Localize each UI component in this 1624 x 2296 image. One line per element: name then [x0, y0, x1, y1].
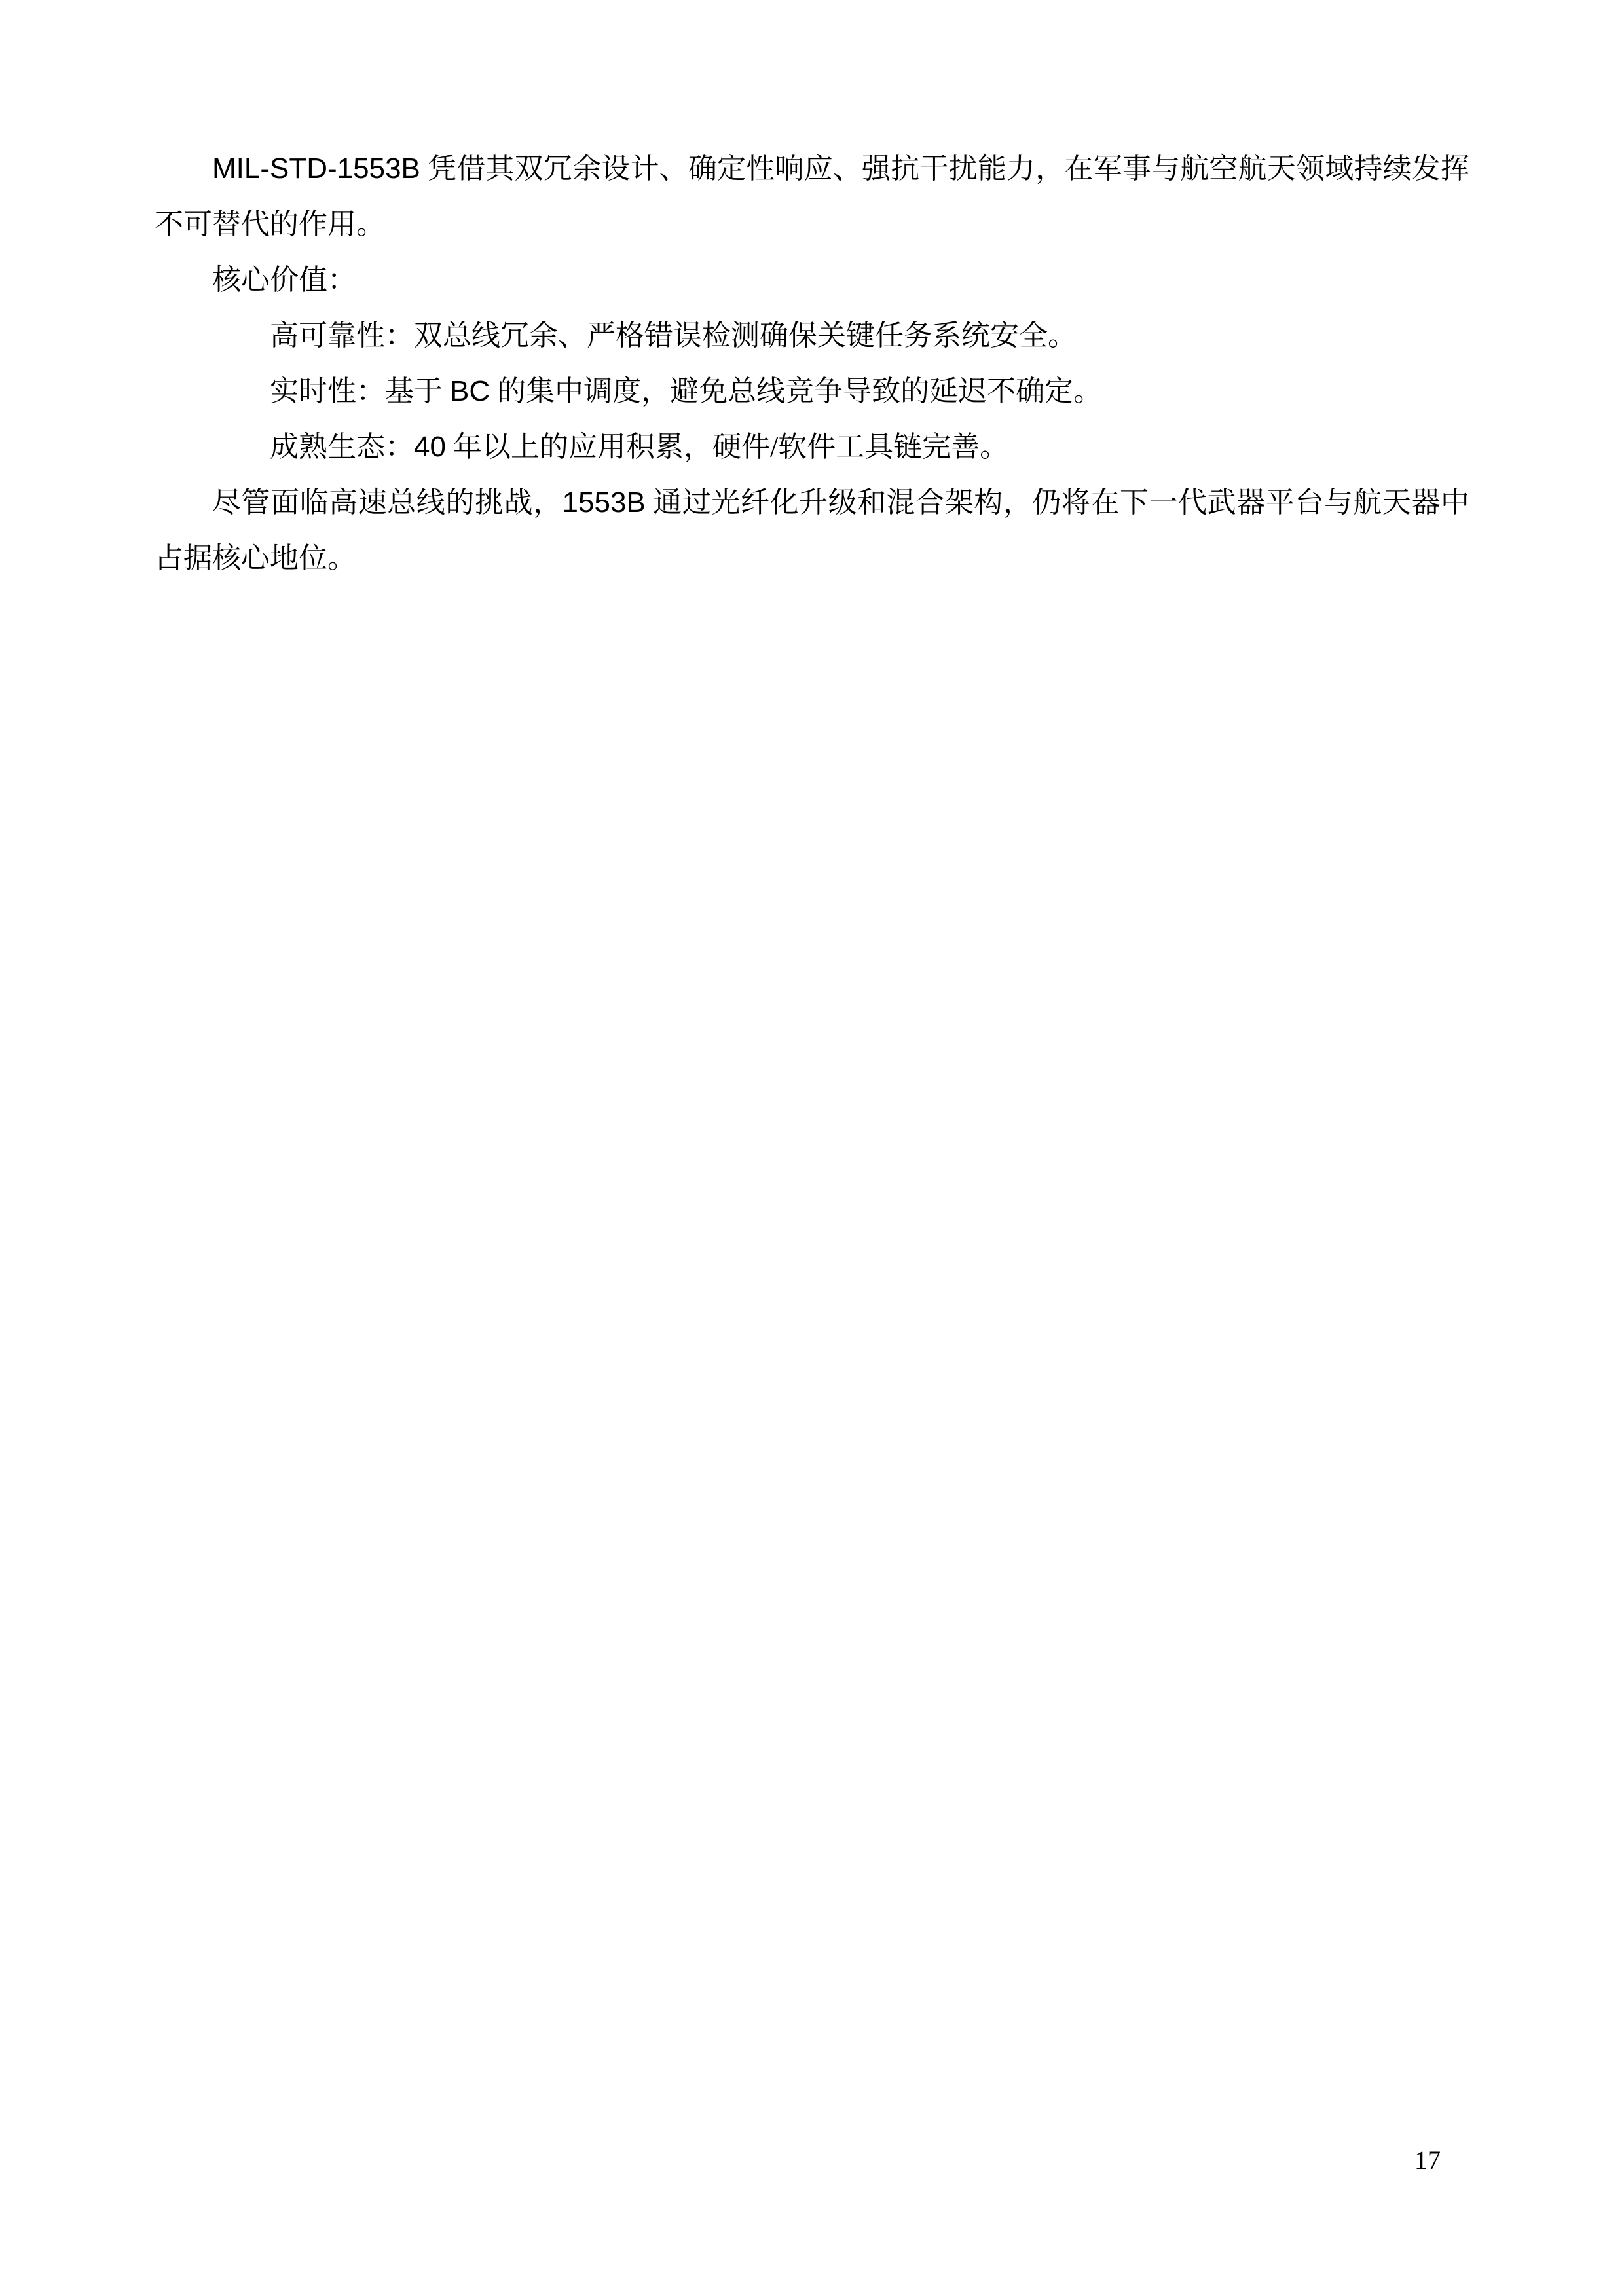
text-segment: 40 [414, 431, 446, 463]
text-segment: MIL-STD-1553B [212, 153, 420, 185]
text-segment: 年以上的应用积累，硬件/软件工具链完善。 [446, 431, 1008, 463]
text-segment: BC [450, 375, 490, 407]
text-segment: 1553B [563, 486, 646, 519]
page-number: 17 [1414, 2145, 1441, 2176]
text-segment: 实时性：基于 [270, 375, 450, 407]
paragraph-core-values-heading: 核心价值： [155, 252, 1469, 308]
text-segment: 核心价值： [212, 264, 356, 296]
paragraph-intro: MIL-STD-1553B 凭借其双冗余设计、确定性响应、强抗干扰能力，在军事与… [155, 141, 1469, 252]
paragraph-bullet-ecosystem: 成熟生态：40 年以上的应用积累，硬件/软件工具链完善。 [155, 419, 1469, 475]
text-segment: 的集中调度，避免总线竞争导致的延迟不确定。 [490, 375, 1102, 407]
document-body: MIL-STD-1553B 凭借其双冗余设计、确定性响应、强抗干扰能力，在军事与… [155, 141, 1469, 586]
text-segment: 高可靠性：双总线冗余、严格错误检测确保关键任务系统安全。 [270, 319, 1077, 352]
paragraph-bullet-reliability: 高可靠性：双总线冗余、严格错误检测确保关键任务系统安全。 [155, 308, 1469, 363]
text-segment: 成熟生态： [270, 431, 414, 463]
paragraph-bullet-realtime: 实时性：基于 BC 的集中调度，避免总线竞争导致的延迟不确定。 [155, 363, 1469, 419]
document-page: MIL-STD-1553B 凭借其双冗余设计、确定性响应、强抗干扰能力，在军事与… [0, 0, 1624, 2296]
paragraph-conclusion: 尽管面临高速总线的挑战，1553B 通过光纤化升级和混合架构，仍将在下一代武器平… [155, 475, 1469, 586]
text-segment: 尽管面临高速总线的挑战， [212, 486, 563, 519]
